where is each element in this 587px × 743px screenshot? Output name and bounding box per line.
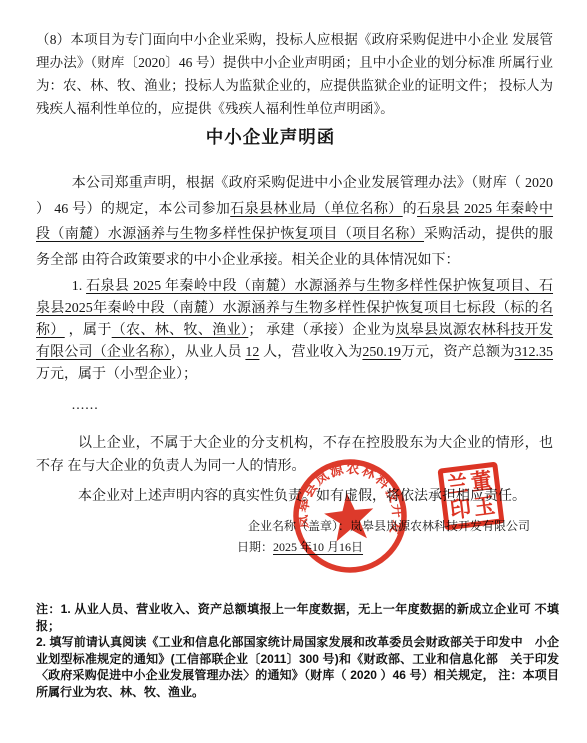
- name-seal-char: 董: [470, 470, 494, 494]
- seal-star-icon: [322, 491, 376, 543]
- document-page: （8）本项目为专门面向中小企业采购，投标人应根据《政府采购促进中小企业 发展管理…: [0, 0, 587, 743]
- subject-matter-paragraph: 1. 石泉县 2025 年秦岭中段（南麓）水源涵养与生物多样性保护恢复项目、石泉…: [36, 276, 553, 386]
- name-seal-char: 印: [449, 498, 473, 522]
- page-title: 中小企业声明函: [36, 124, 505, 149]
- name-seal-char: 兰: [446, 473, 470, 497]
- ellipsis-line: ......: [36, 397, 553, 415]
- name-seal-char: 玉: [473, 495, 497, 519]
- footnotes: 注：1. 从业人员、营业收入、资产总额填报上一年度数据，无上一年度数据的新成立企…: [36, 601, 559, 700]
- declaration-paragraph: 本公司郑重声明，根据《政府采购促进中小企业发展管理办法》（财库（ 2020 ） …: [36, 171, 553, 273]
- intro-paragraph: （8）本项目为专门面向中小企业采购，投标人应根据《政府采购促进中小企业 发展管理…: [36, 28, 553, 120]
- company-round-seal-stamp: 岚皋县岚源农林科技开发有限公司: [281, 447, 418, 584]
- footnote-2: 2. 填写前请认真阅读《工业和信息化部国家统计局国家发展和改革委员会财政部关于印…: [36, 634, 559, 700]
- svg-text:岚皋县岚源农林科技开发有限公司: 岚皋县岚源农林科技开发有限公司: [281, 447, 417, 546]
- document-content: （8）本项目为专门面向中小企业采购，投标人应根据《政府采购促进中小企业 发展管理…: [0, 0, 587, 556]
- round-seal-text: 岚皋县岚源农林科技开发有限公司: [281, 447, 417, 546]
- date-label: 日期：: [237, 540, 273, 554]
- footnote-1: 注：1. 从业人员、营业收入、资产总额填报上一年度数据，无上一年度数据的新成立企…: [36, 601, 559, 634]
- personal-name-seal-stamp: 兰 董 印 玉: [437, 462, 504, 531]
